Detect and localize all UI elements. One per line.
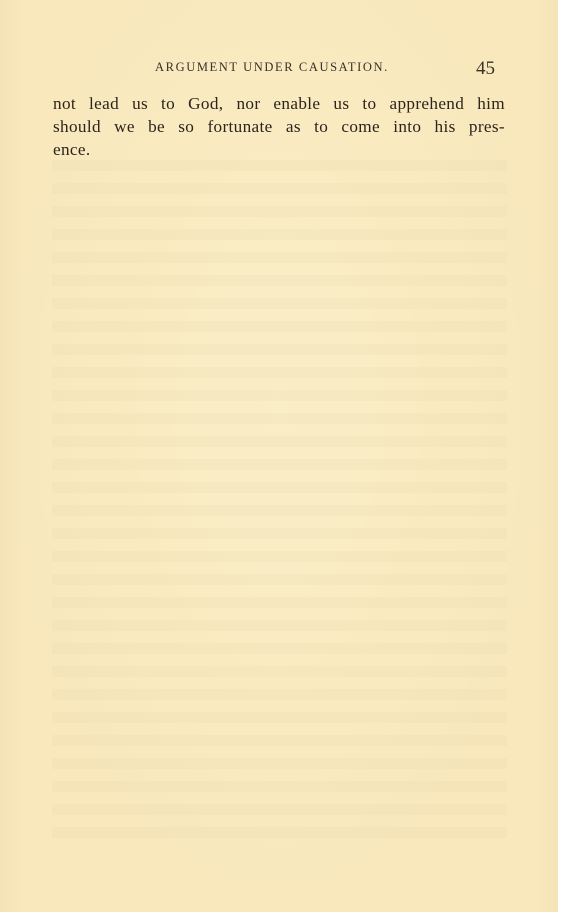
page-number: 45 — [476, 58, 495, 80]
text-line-3: ence. — [53, 138, 505, 161]
running-head: ARGUMENT UNDER CAUSATION. — [155, 60, 389, 75]
show-through-text — [52, 160, 507, 840]
body-paragraph: not lead us to God, nor enable us to app… — [53, 92, 505, 161]
text-line-1: not lead us to God, nor enable us to app… — [53, 92, 505, 115]
text-line-2: should we be so fortunate as to come int… — [53, 115, 505, 138]
book-page: ARGUMENT UNDER CAUSATION. 45 not lead us… — [0, 0, 558, 912]
